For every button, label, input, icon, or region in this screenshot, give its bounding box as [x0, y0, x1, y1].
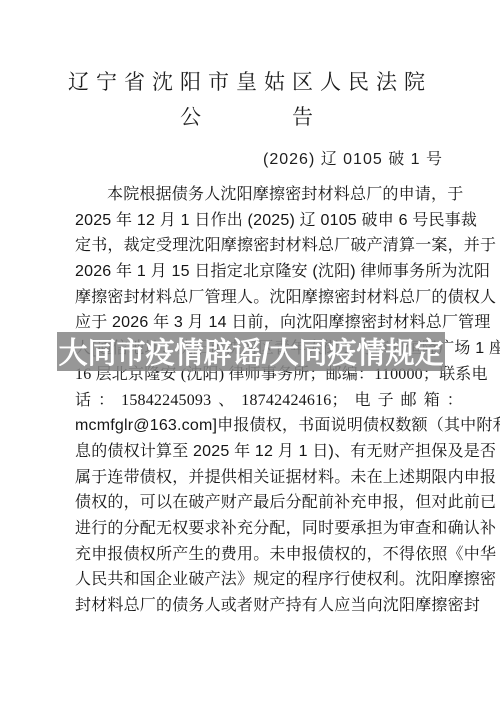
- body-line: 本院根据债务人沈阳摩擦密封材料总厂的申请，于: [75, 182, 463, 208]
- body-line: 摩擦密封材料总厂管理人。沈阳摩擦密封材料总厂的债权人: [75, 285, 463, 311]
- court-name-title: 辽宁省沈阳市皇姑区人民法院: [0, 66, 500, 96]
- body-line: 2025 年 12 月 1 日作出 (2025) 辽 0105 破申 6 号民事…: [75, 208, 463, 234]
- overlay-banner: 大同市疫情辟谣/大同疫情规定: [57, 332, 445, 371]
- body-line: 进行的分配无权要求补充分配，同时要承担为审查和确认补: [75, 516, 463, 542]
- body-line: 封材料总厂的债务人或者财产持有人应当向沈阳摩擦密封: [75, 593, 463, 619]
- body-line: 充申报债权所产生的费用。未申报债权的，不得依照《中华: [75, 542, 463, 568]
- body-line: mcmfglr@163.com]申报债权，书面说明债权数额（其中附利: [75, 413, 463, 439]
- court-announcement-page: 辽宁省沈阳市皇姑区人民法院 公 告 (2026) 辽 0105 破 1 号 本院…: [0, 0, 500, 706]
- overlay-banner-text: 大同市疫情辟谣/大同疫情规定: [58, 331, 443, 373]
- body-line: 人民共和国企业破产法》规定的程序行使权利。沈阳摩擦密: [75, 567, 463, 593]
- body-line: 2026 年 1 月 15 日指定北京隆安 (沈阳) 律师事务所为沈阳: [75, 259, 463, 285]
- announcement-title: 公 告: [0, 101, 500, 131]
- announcement-body: 本院根据债务人沈阳摩擦密封材料总厂的申请，于 2025 年 12 月 1 日作出…: [75, 182, 463, 619]
- body-line: 定书，裁定受理沈阳摩擦密封材料总厂破产清算一案，并于: [75, 233, 463, 259]
- body-line: 属于连带债权，并提供相关证据材料。未在上述期限内申报: [75, 465, 463, 491]
- case-number: (2026) 辽 0105 破 1 号: [0, 146, 443, 169]
- body-line: 息的债权计算至 2025 年 12 月 1 日)、有无财产担保及是否: [75, 439, 463, 465]
- body-line: 话：15842245093、18742424616；电子邮箱：: [75, 388, 463, 414]
- body-line: 债权的，可以在破产财产最后分配前补充申报，但对此前已: [75, 490, 463, 516]
